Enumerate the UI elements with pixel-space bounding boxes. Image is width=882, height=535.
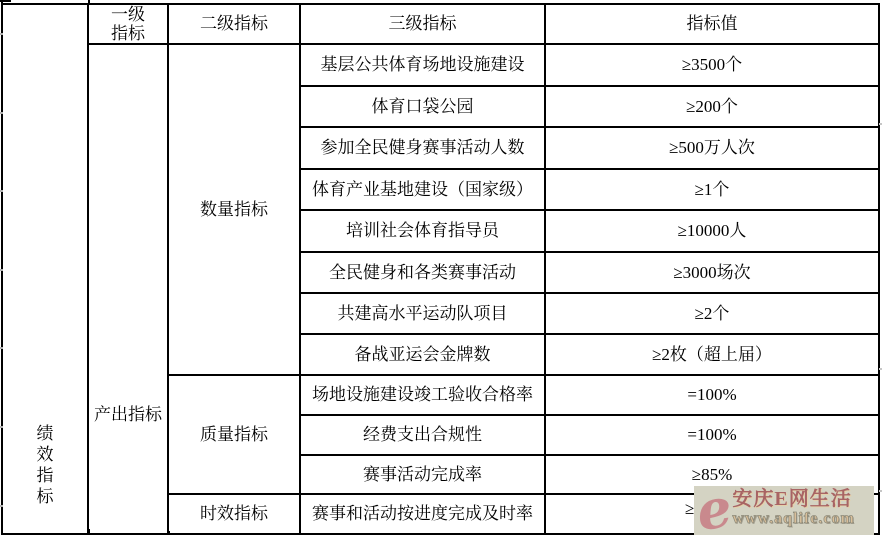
cell-value: =100% <box>545 415 879 455</box>
header-level2: 二级指标 <box>168 4 300 44</box>
cell-value: =100% <box>545 375 879 415</box>
watermark-site-name: 安庆E网生活 <box>732 488 854 510</box>
cell-value: ≥3500个 <box>545 44 879 86</box>
cell-indicator: 体育口袋公园 <box>300 86 545 127</box>
level1-label: 产出指标 <box>91 404 165 425</box>
border-stub <box>88 529 90 535</box>
grid-tick <box>0 112 3 114</box>
grid-tick <box>0 269 3 271</box>
cell-indicator: 场地设施建设竣工验收合格率 <box>300 375 545 415</box>
border-stub <box>88 0 90 4</box>
cell-value: ≥200个 <box>545 86 879 127</box>
cell-indicator: 基层公共体育场地设施建设 <box>300 44 545 86</box>
cell-value: ≥1个 <box>545 169 879 210</box>
cell-indicator: 体育产业基地建设（国家级） <box>300 169 545 210</box>
watermark-text: 安庆E网生活 www.aqlife.com <box>732 486 854 528</box>
grid-tick <box>0 190 3 192</box>
cell-performance-group: 绩效指标 <box>2 4 88 534</box>
indicator-table: 绩效指标 一级指标 二级指标 三级指标 指标值 产出指标 数量指标 基层公共体育… <box>1 3 880 535</box>
cell-indicator: 共建高水平运动队项目 <box>300 293 545 334</box>
cell-value: ≥10000人 <box>545 210 879 252</box>
border-stub <box>168 531 170 535</box>
cell-value: ≥3000场次 <box>545 252 879 293</box>
cell-indicator: 备战亚运会金牌数 <box>300 334 545 375</box>
watermark-logo-e: e <box>694 486 734 532</box>
obscured-cell-value: ≥ <box>685 499 694 519</box>
grid-tick <box>0 347 3 349</box>
site-watermark: e 安庆E网生活 www.aqlife.com <box>694 486 874 535</box>
table-row: 产出指标 数量指标 基层公共体育场地设施建设 ≥3500个 <box>2 44 879 86</box>
grid-tick <box>0 33 3 35</box>
cell-indicator: 经费支出合规性 <box>300 415 545 455</box>
header-row: 绩效指标 一级指标 二级指标 三级指标 指标值 <box>2 4 879 44</box>
performance-group-label: 绩效指标 <box>35 423 55 507</box>
document-table-screenshot: 绩效指标 一级指标 二级指标 三级指标 指标值 产出指标 数量指标 基层公共体育… <box>0 0 882 535</box>
cell-value: ≥500万人次 <box>545 127 879 169</box>
grid-tick <box>0 426 3 428</box>
border-stub <box>1 529 3 535</box>
border-stub <box>1 0 3 4</box>
cell-indicator: 赛事活动完成率 <box>300 455 545 494</box>
header-value: 指标值 <box>545 4 879 44</box>
grid-tick <box>0 505 3 507</box>
cell-indicator: 全民健身和各类赛事活动 <box>300 252 545 293</box>
header-level1-label: 一级指标 <box>108 5 148 43</box>
cell-level2-timeliness: 时效指标 <box>168 494 300 534</box>
cell-indicator: 参加全民健身赛事活动人数 <box>300 127 545 169</box>
cell-level2-quality: 质量指标 <box>168 375 300 494</box>
header-level3: 三级指标 <box>300 4 545 44</box>
cell-level1-output: 产出指标 <box>88 44 168 534</box>
header-level1: 一级指标 <box>88 4 168 44</box>
cell-indicator: 赛事和活动按进度完成及时率 <box>300 494 545 534</box>
cell-value: ≥2个 <box>545 293 879 334</box>
cell-value: ≥2枚（超上届） <box>545 334 879 375</box>
cell-indicator: 培训社会体育指导员 <box>300 210 545 252</box>
watermark-site-url: www.aqlife.com <box>732 510 854 528</box>
cell-level2-quantity: 数量指标 <box>168 44 300 375</box>
